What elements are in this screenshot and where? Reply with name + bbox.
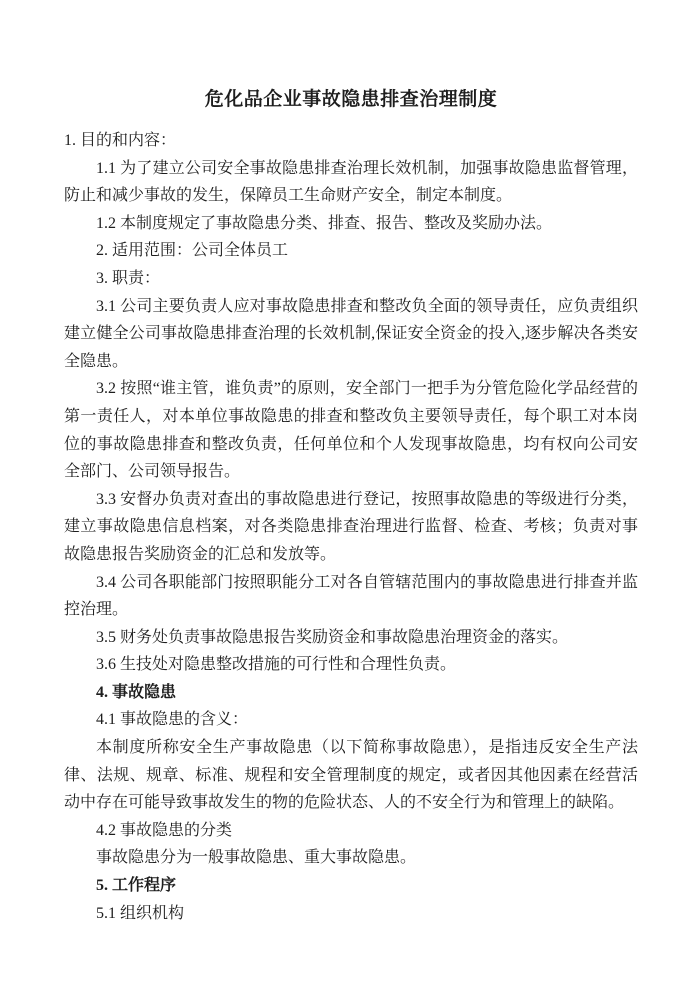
- paragraph: 3.1 公司主要负责人应对事故隐患排查和整改负全面的领导责任，应负责组织建立健全…: [64, 293, 638, 376]
- document-title: 危化品企业事故隐患排查治理制度: [64, 86, 638, 114]
- paragraph: 3.3 安督办负责对查出的事故隐患进行登记，按照事故隐患的等级进行分类，建立事故…: [64, 486, 638, 569]
- paragraph: 1.2 本制度规定了事故隐患分类、排查、报告、整改及奖励办法。: [64, 210, 638, 238]
- paragraph: 事故隐患分为一般事故隐患、重大事故隐患。: [64, 844, 638, 872]
- paragraph: 3.4 公司各职能部门按照职能分工对各自管辖范围内的事故隐患进行排查并监控治理。: [64, 569, 638, 624]
- paragraph: 2. 适用范围：公司全体员工: [64, 237, 638, 265]
- document-body: 1. 目的和内容：1.1 为了建立公司安全事故隐患排查治理长效机制，加强事故隐患…: [64, 127, 638, 927]
- paragraph: 3.6 生技处对隐患整改措施的可行性和合理性负责。: [64, 651, 638, 679]
- paragraph: 4.2 事故隐患的分类: [64, 817, 638, 845]
- paragraph: 3.5 财务处负责事故隐患报告奖励资金和事故隐患治理资金的落实。: [64, 624, 638, 652]
- paragraph: 4. 事故隐患: [64, 679, 638, 707]
- paragraph: 3. 职责：: [64, 265, 638, 293]
- paragraph: 1.1 为了建立公司安全事故隐患排查治理长效机制，加强事故隐患监督管理，防止和减…: [64, 155, 638, 210]
- paragraph: 1. 目的和内容：: [64, 127, 638, 155]
- paragraph: 5. 工作程序: [64, 872, 638, 900]
- document-page: 危化品企业事故隐患排查治理制度 1. 目的和内容：1.1 为了建立公司安全事故隐…: [0, 0, 700, 990]
- paragraph: 3.2 按照“谁主管，谁负责”的原则，安全部门一把手为分管危险化学品经营的第一责…: [64, 375, 638, 485]
- paragraph: 4.1 事故隐患的含义：: [64, 706, 638, 734]
- paragraph: 本制度所称安全生产事故隐患（以下简称事故隐患），是指违反安全生产法律、法规、规章…: [64, 734, 638, 817]
- paragraph: 5.1 组织机构: [64, 900, 638, 928]
